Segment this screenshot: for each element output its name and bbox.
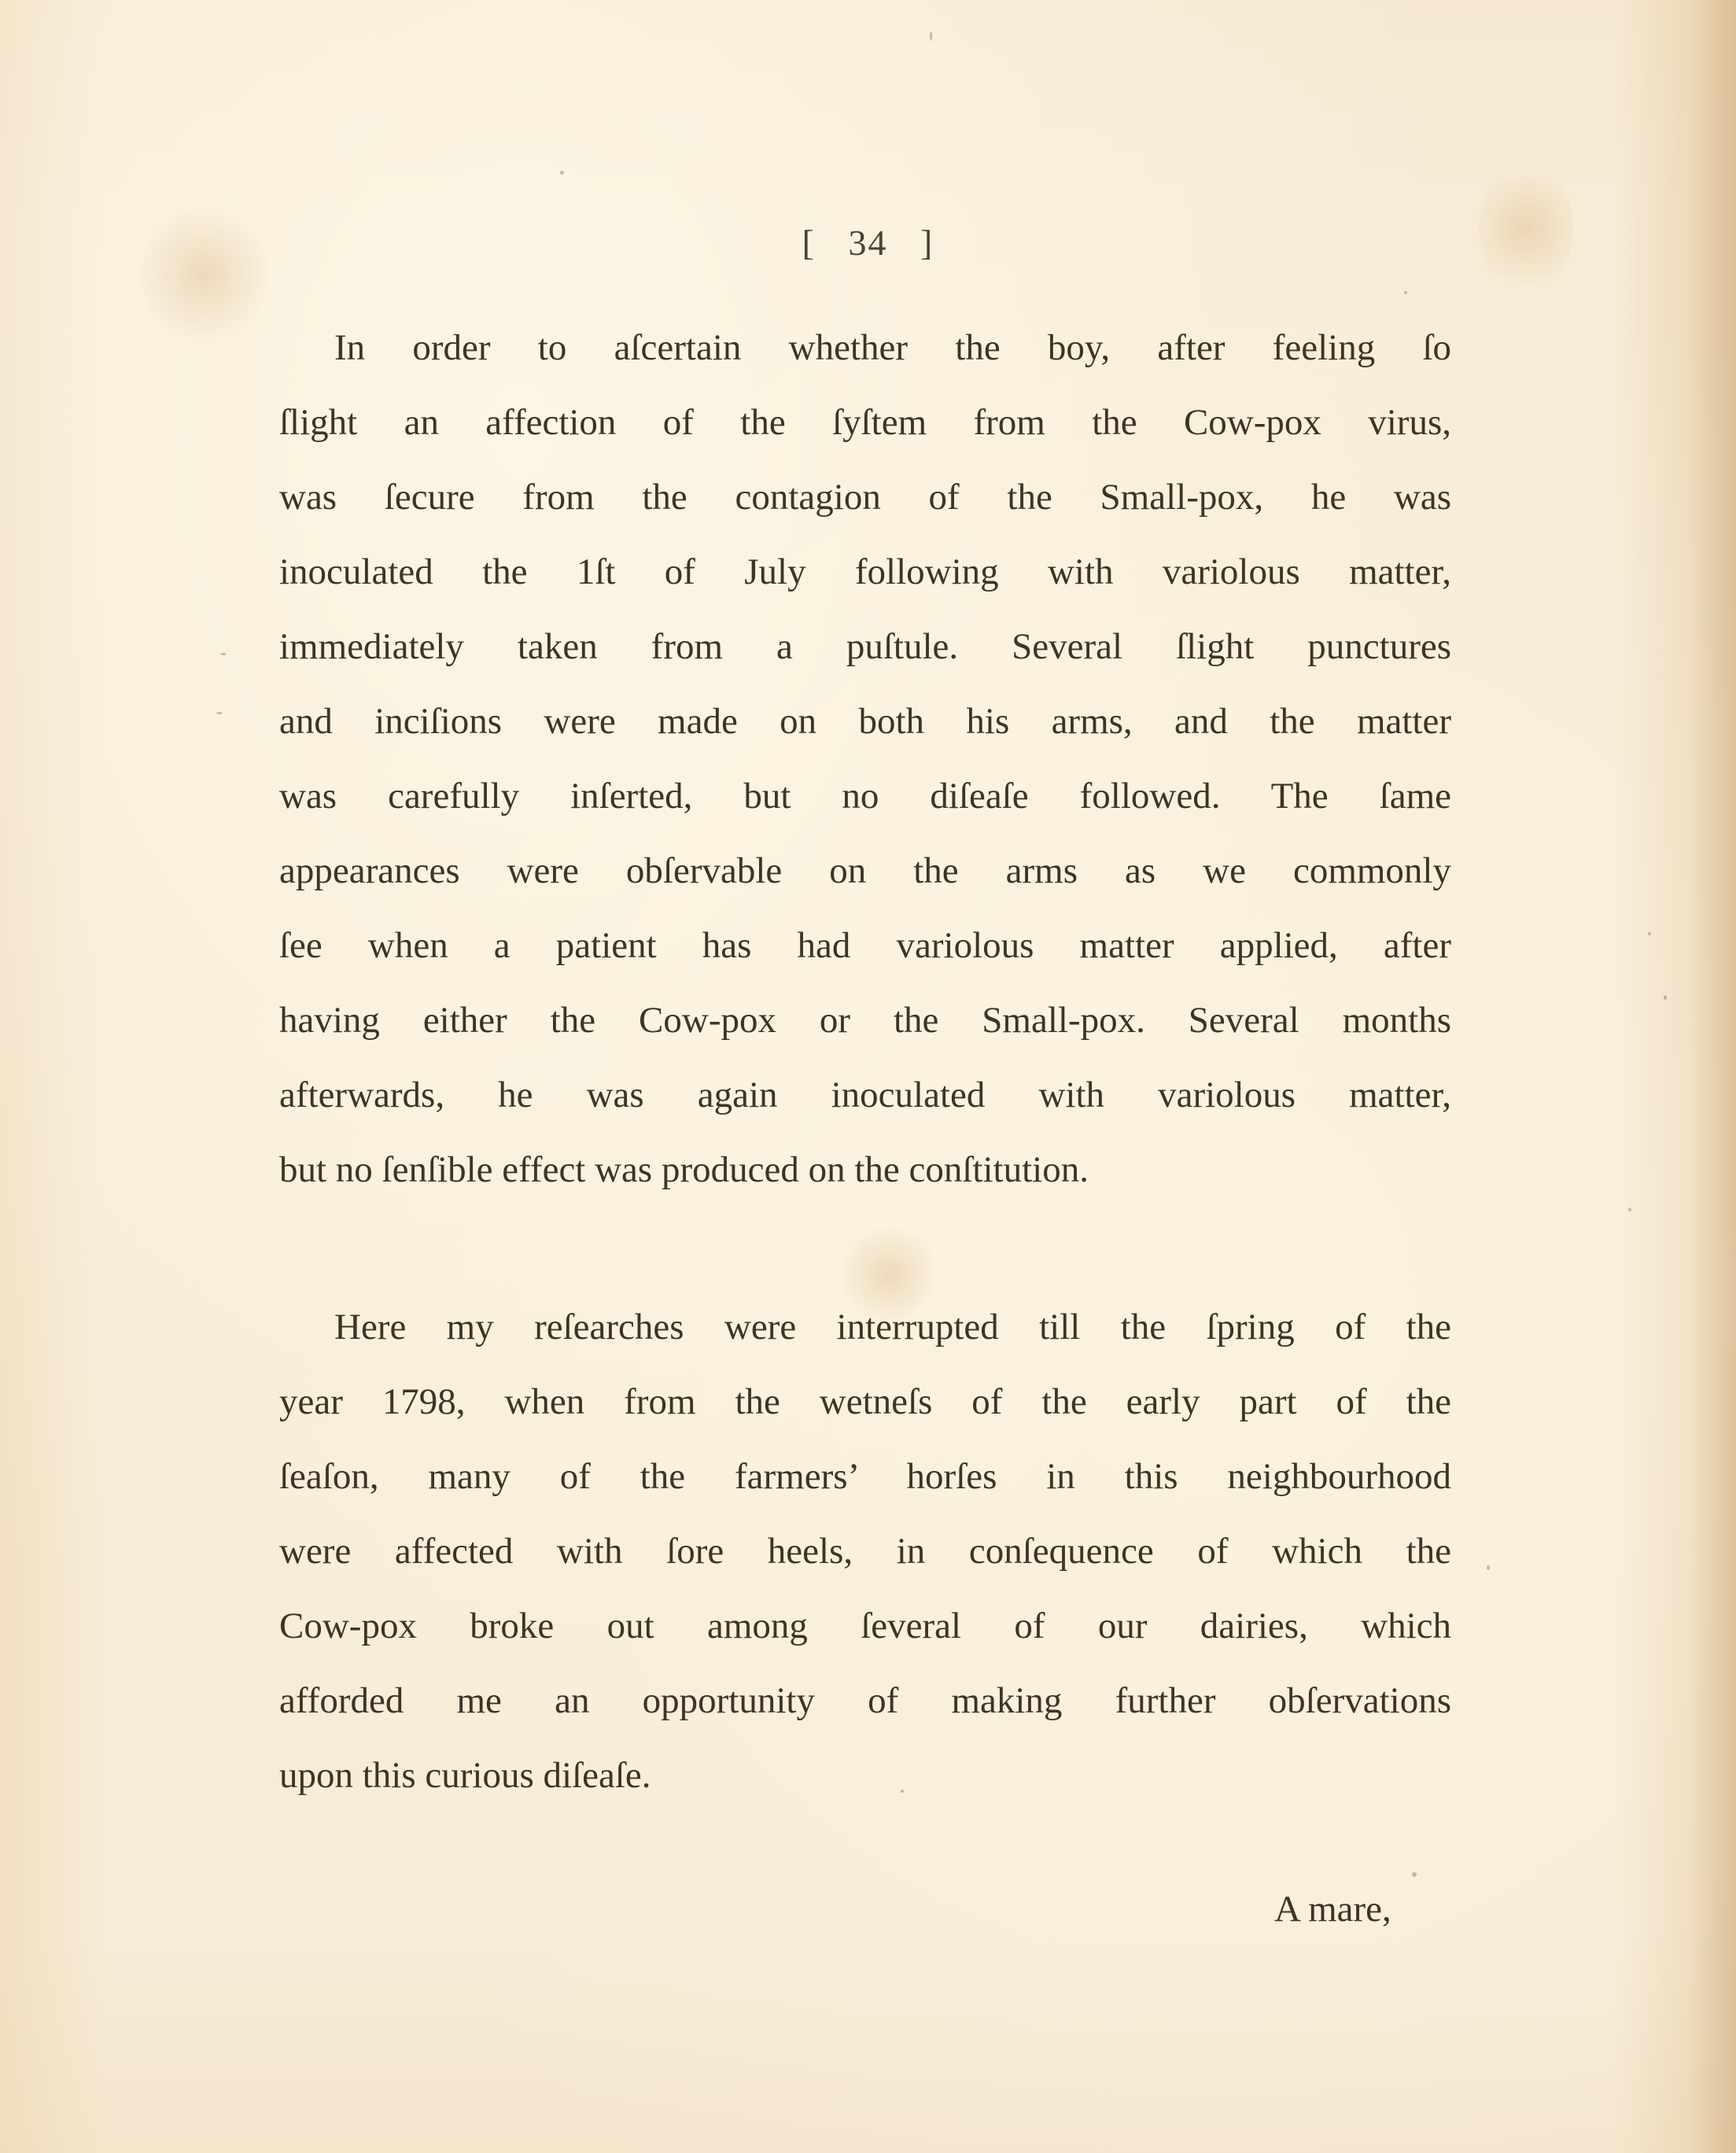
paper-speck — [220, 653, 227, 655]
text-line: Cow-pox broke out among ſeveral of our d… — [279, 1589, 1451, 1664]
page-edge-shadow — [1689, 0, 1736, 2153]
text-line: ſeaſon, many of the farmers’ horſes in t… — [279, 1440, 1451, 1514]
paragraph-1: In order to aſcertain whether the boy, a… — [279, 311, 1451, 1207]
paper-speck — [1648, 932, 1651, 935]
paper-speck — [930, 31, 932, 41]
page-number: [ 34 ] — [0, 222, 1736, 264]
paper-speck — [1404, 291, 1407, 294]
text-line: but no ſenſible effect was produced on t… — [279, 1133, 1451, 1207]
paper-speck — [216, 712, 223, 714]
paper-speck — [1412, 1872, 1417, 1877]
text-line: upon this curious diſeaſe. — [279, 1738, 1451, 1813]
paragraph-2: Here my reſearches were interrupted till… — [279, 1290, 1451, 1813]
text-line: were affected with ſore heels, in conſeq… — [279, 1514, 1451, 1589]
text-line: was ſecure from the contagion of the Sma… — [279, 460, 1451, 535]
text-line: and inciſions were made on both his arms… — [279, 684, 1451, 759]
paper-speck — [1487, 1565, 1490, 1570]
text-line: was carefully inſerted, but no diſeaſe f… — [279, 759, 1451, 834]
text-line: having either the Cow-pox or the Small-p… — [279, 983, 1451, 1058]
text-line: inoculated the 1ſt of July following wit… — [279, 535, 1451, 610]
text-line: afterwards, he was again inoculated with… — [279, 1058, 1451, 1133]
book-page: [ 34 ] In order to aſcertain whether the… — [0, 0, 1736, 2153]
text-line: ſlight an affection of the ſyſtem from t… — [279, 385, 1451, 460]
text-line: appearances were obſervable on the arms … — [279, 834, 1451, 909]
text-line: immediately taken from a puſtule. Severa… — [279, 610, 1451, 684]
paper-speck — [1664, 995, 1667, 1000]
text-line: ſee when a patient has had variolous mat… — [279, 909, 1451, 983]
paper-speck — [560, 171, 564, 175]
text-line: In order to aſcertain whether the boy, a… — [279, 311, 1451, 385]
text-line: year 1798, when from the wetneſs of the … — [279, 1365, 1451, 1440]
text-line: afforded me an opportunity of making fur… — [279, 1664, 1451, 1738]
text-line: Here my reſearches were interrupted till… — [279, 1290, 1451, 1365]
paper-speck — [1628, 1207, 1631, 1211]
foxing-stain — [142, 197, 267, 354]
catchword: A mare, — [1274, 1888, 1391, 1930]
